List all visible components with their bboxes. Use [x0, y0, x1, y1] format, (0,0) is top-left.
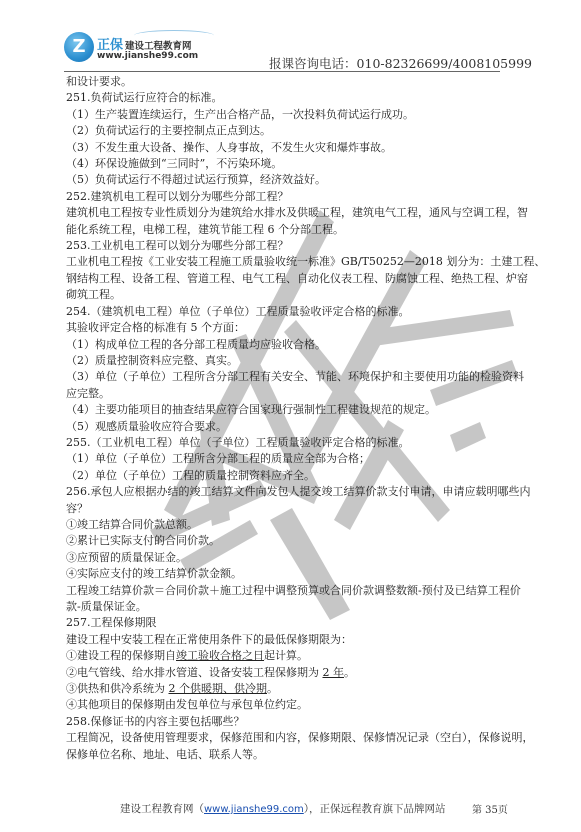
question-257: 257.工程保修期限: [66, 615, 506, 631]
text-line: （1）构成单位工程的各分部工程质量均应验收合格。: [66, 337, 506, 353]
text-line: 款-质量保证金。: [66, 599, 506, 615]
text-line: 保修单位名称、地址、电话、联系人等。: [66, 747, 506, 763]
text-line: 砌筑工程。: [66, 287, 506, 303]
warranty-emphasis: 2 个供暖期、供冷期: [169, 682, 268, 695]
footer-link[interactable]: www.jianshe99.com: [204, 804, 304, 815]
text-line: 工程竣工结算价款＝合同价款＋施工过程中调整预算或合同价款调整数额-预付及已结算工…: [66, 583, 506, 599]
warranty-prefix: ①建设工程的保修期自: [66, 649, 176, 662]
question-252: 252.建筑机电工程可以划分为哪些分部工程？: [66, 189, 506, 205]
text-line: 建设工程中安装工程在正常使用条件下的最低保修期限为：: [66, 632, 506, 648]
text-line: 工程简况，设备使用管理要求，保修范围和内容，保修期限、保修情况记录（空白），保修…: [66, 730, 506, 746]
text-line: ①竣工结算合同价款总额。: [66, 517, 506, 533]
text-line: （1）生产装置连续运行，生产出合格产品，一次投料负荷试运行成功。: [66, 107, 506, 123]
question-255: 255.（工业机电工程）单位（子单位）工程质量验收评定合格的标准。: [66, 435, 506, 451]
question-254: 254.（建筑机电工程）单位（子单位）工程质量验收评定合格的标准。: [66, 304, 506, 320]
text-line: （2）质量控制资料应完整、真实。: [66, 353, 506, 369]
text-line: ②累计已实际支付的合同价款。: [66, 533, 506, 549]
text-line: ④其他项目的保修期由发包单位与承包单位约定。: [66, 697, 506, 713]
text-line: （3）不发生重大设备、操作、人身事故，不发生火灾和爆炸事故。: [66, 140, 506, 156]
page-header: Z 正保建设工程教育网 www.jianshe99.com 报课咨询电话：010…: [64, 28, 514, 74]
text-line: 工业机电工程按《工业安装工程施工质量验收统一标准》GB/T50252—2018 …: [66, 254, 506, 270]
warranty-prefix: ③供热和供冷系统为: [66, 682, 169, 695]
footer-prefix: 建设工程教育网（: [120, 803, 204, 815]
text-line: 其验收评定合格的标准有 5 个方面：: [66, 320, 506, 336]
warranty-suffix: 起计算。: [264, 649, 308, 662]
page-number: 第 35页: [472, 801, 508, 816]
text-line: （4）主要功能项目的抽查结果应符合国家现行强制性工程建设规范的规定。: [66, 402, 506, 418]
question-251: 251.负荷试运行应符合的标准。: [66, 90, 506, 106]
text-line: （5）负荷试运行不得超过试运行预算，经济效益好。: [66, 172, 506, 188]
question-258: 258.保修证书的内容主要包括哪些？: [66, 714, 506, 730]
text-line: （4）环保设施做到“三同时”，不污染环境。: [66, 156, 506, 172]
warranty-item: ②电气管线、给水排水管道、设备安装工程保修期为 2 年。: [66, 665, 506, 681]
warranty-emphasis: 竣工验收合格之日: [176, 649, 264, 662]
question-256: 256.承包人应根据办结的竣工结算文件向发包人提交竣工结算价款支付申请，申请应载…: [66, 484, 506, 500]
warranty-suffix: 。: [344, 666, 355, 679]
text-line: 应完整。: [66, 386, 506, 402]
text-line: （2）单位（子单位）工程的质量控制资料应齐全。: [66, 468, 506, 484]
text-line: （2）负荷试运行的主要控制点正点到达。: [66, 123, 506, 139]
warranty-prefix: ②电气管线、给水排水管道、设备安装工程保修期为: [66, 666, 323, 679]
page-footer: 建设工程教育网（www.jianshe99.com），正保远程教育旗下品牌网站: [120, 801, 530, 816]
warranty-item: ①建设工程的保修期自竣工验收合格之日起计算。: [66, 648, 506, 664]
question-253: 253.工业机电工程可以划分为哪些分部工程？: [66, 238, 506, 254]
text-line: ④实际应支付的竣工结算价款金额。: [66, 566, 506, 582]
header-divider: [64, 71, 500, 72]
brand-url: www.jianshe99.com: [97, 51, 198, 61]
text-line: 钢结构工程、设备工程、管道工程、电气工程、自动化仪表工程、防腐蚀工程、绝热工程、…: [66, 271, 506, 287]
text-line: 和设计要求。: [66, 74, 506, 90]
text-line: 容？: [66, 501, 506, 517]
text-line: （5）观感质量验收应符合要求。: [66, 419, 506, 435]
hotline-text: 报课咨询电话：010-82326699/4008105999: [269, 54, 532, 72]
warranty-suffix: 。: [267, 682, 278, 695]
text-line: ③应预留的质量保证金。: [66, 550, 506, 566]
text-line: 建筑机电工程按专业性质划分为建筑给水排水及供暖工程，建筑电气工程，通风与空调工程…: [66, 205, 506, 221]
warranty-emphasis: 2 年: [323, 666, 345, 679]
text-line: （3）单位（子单位）工程所含分部工程有关安全、节能、环境保护和主要使用功能的检验…: [66, 369, 506, 385]
document-body: 和设计要求。 251.负荷试运行应符合的标准。 （1）生产装置连续运行，生产出合…: [66, 74, 506, 763]
text-line: 能化系统工程，电梯工程，建筑节能工程 6 个分部工程。: [66, 222, 506, 238]
warranty-item: ③供热和供冷系统为 2 个供暖期、供冷期。: [66, 681, 506, 697]
text-line: （1）单位（子单位）工程所含分部工程的质量应全部为合格；: [66, 451, 506, 467]
footer-suffix: ），正保远程教育旗下品牌网站: [304, 803, 446, 815]
logo-glyph: Z: [64, 32, 94, 62]
